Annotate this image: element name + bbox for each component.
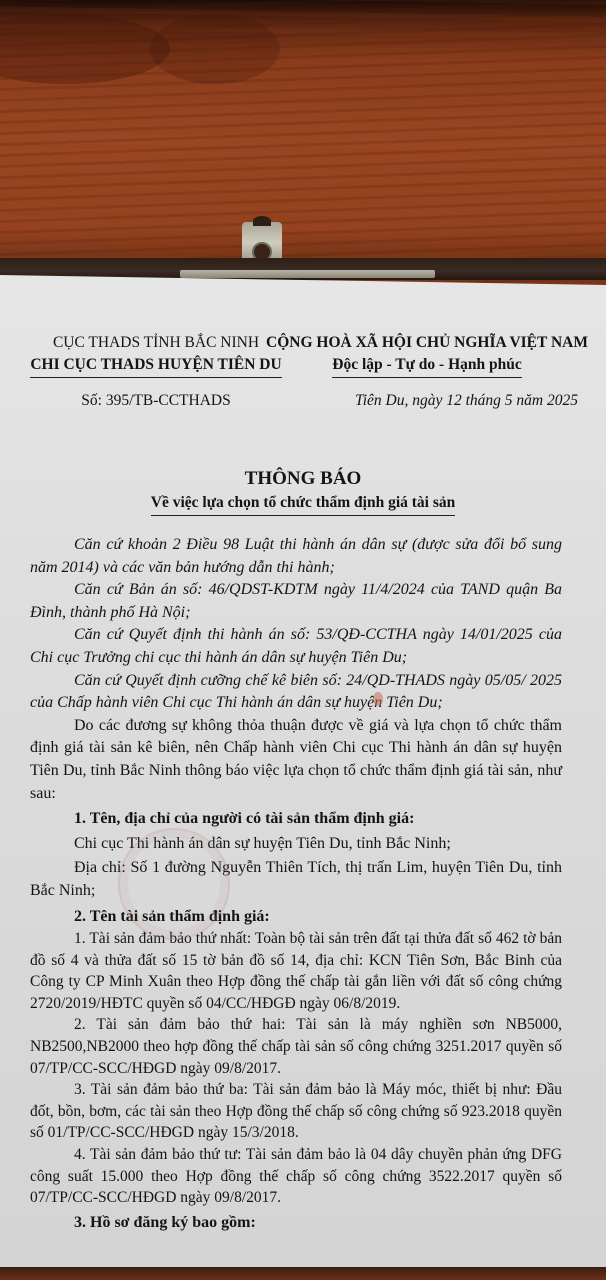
clip-bar bbox=[180, 270, 435, 278]
legal-basis: Căn cứ Quyết định cưỡng chế kê biên số: … bbox=[30, 670, 562, 715]
section-heading: 1. Tên, địa chỉ của người có tài sản thẩ… bbox=[30, 808, 562, 831]
section-heading: 2. Tên tài sản thẩm định giá: bbox=[30, 906, 562, 929]
asset-item: 1. Tài sản đảm bảo thứ nhất: Toàn bộ tài… bbox=[30, 928, 562, 1014]
asset-item: 3. Tài sản đảm bảo thứ ba: Tài sản đảm b… bbox=[30, 1079, 562, 1144]
national-header-block: CỘNG HOÀ XÃ HỘI CHỦ NGHĨA VIỆT NAM Độc l… bbox=[248, 332, 606, 412]
issuing-agency: CHI CỤC THADS HUYỆN TIÊN DU bbox=[30, 354, 281, 378]
national-motto: Độc lập - Tự do - Hạnh phúc bbox=[332, 354, 521, 378]
document-subtitle: Về việc lựa chọn tổ chức thẩm định giá t… bbox=[151, 492, 456, 516]
faint-seal-stamp-icon bbox=[118, 828, 230, 940]
asset-item: 4. Tài sản đảm bảo thứ tư: Tài sản đảm b… bbox=[30, 1144, 562, 1209]
owner-name: Chi cục Thi hành án dân sự huyện Tiên Du… bbox=[30, 833, 562, 856]
wood-grain-knot bbox=[0, 14, 170, 84]
ink-mark bbox=[373, 692, 383, 706]
intro-paragraph: Do các đương sự không thỏa thuận được về… bbox=[30, 715, 562, 805]
document-title: THÔNG BÁO bbox=[0, 468, 606, 490]
legal-basis: Căn cứ Bản án số: 46/QDST-KDTM ngày 11/4… bbox=[30, 579, 562, 624]
asset-item: 2. Tài sản đảm bảo thứ hai: Tài sản là m… bbox=[30, 1014, 562, 1079]
section-heading: 3. Hồ sơ đăng ký bao gồm: bbox=[30, 1212, 562, 1235]
wood-grain-knot bbox=[150, 14, 280, 84]
document-body: Căn cứ khoản 2 Điều 98 Luật thi hành án … bbox=[30, 534, 562, 1234]
legal-basis: Căn cứ Quyết định thi hành án số: 53/QĐ-… bbox=[30, 624, 562, 669]
legal-basis: Căn cứ khoản 2 Điều 98 Luật thi hành án … bbox=[30, 534, 562, 579]
place-and-date: Tiên Du, ngày 12 tháng 5 năm 2025 bbox=[248, 390, 606, 412]
nation-name: CỘNG HOÀ XÃ HỘI CHỦ NGHĨA VIỆT NAM bbox=[248, 332, 606, 354]
board-bottom-edge bbox=[0, 1267, 606, 1280]
owner-address: Địa chỉ: Số 1 đường Nguyễn Thiên Tích, t… bbox=[30, 857, 562, 902]
